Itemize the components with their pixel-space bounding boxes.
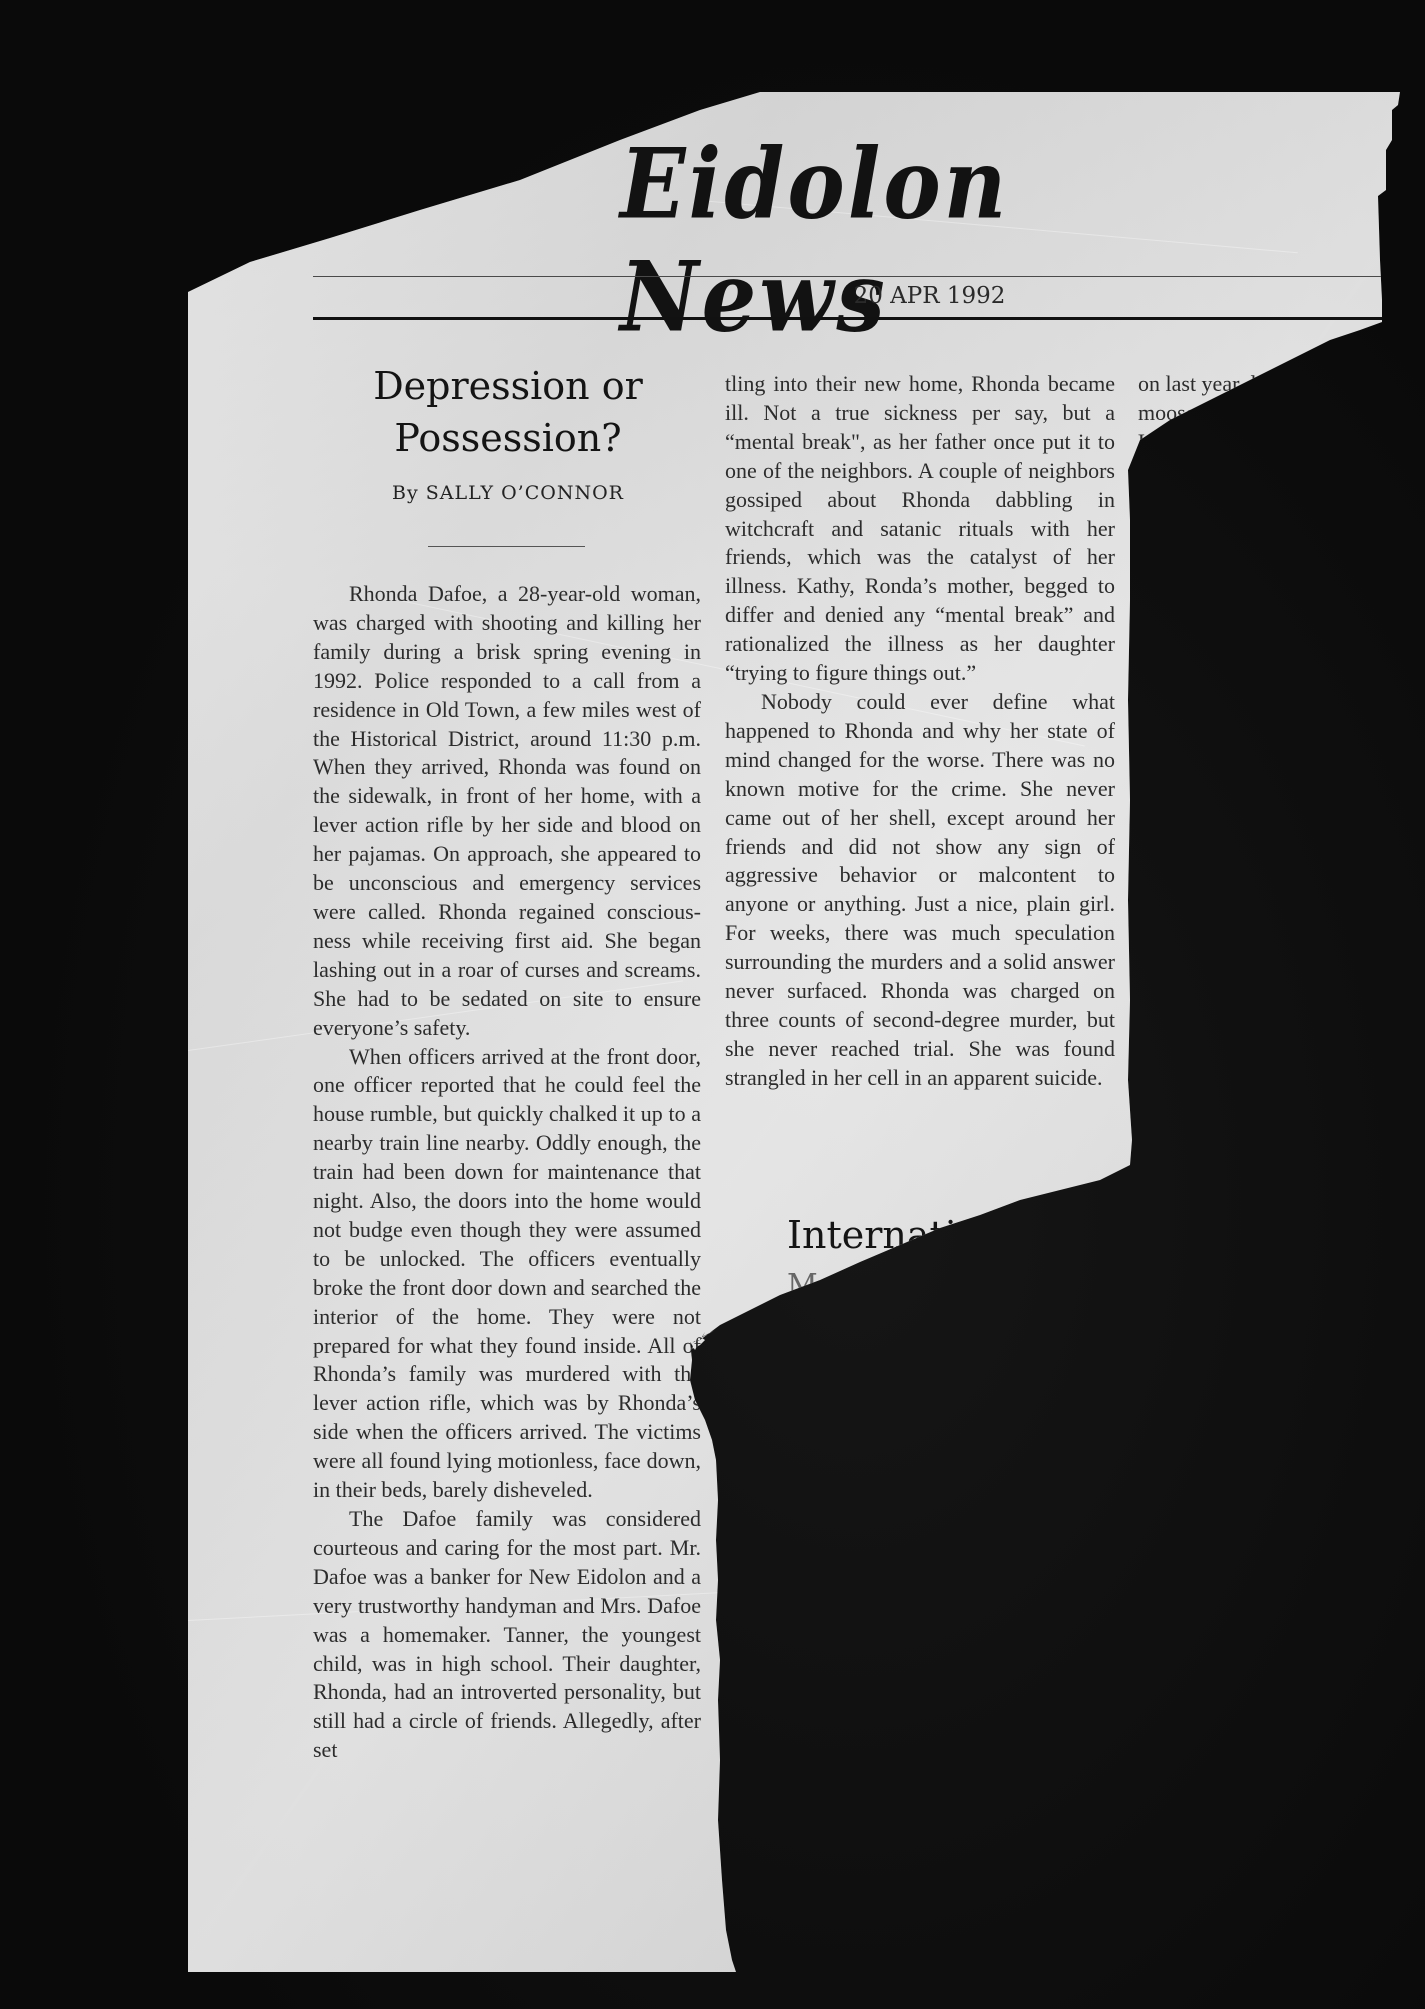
paragraph: Nobody could ever define what happened t… [725, 688, 1115, 1093]
paragraph: tling into their new home, Rhonda became… [725, 370, 1115, 688]
masthead-rule-bottom [313, 317, 1383, 320]
article-headline: Depression or Possession? [313, 360, 703, 464]
article-column-1: Rhonda Dafoe, a 28-year-old woman, was c… [313, 580, 701, 1765]
headline-line-1: Depression or [313, 360, 703, 412]
masthead-title: Eidolon News [620, 128, 1220, 354]
byline-divider [428, 546, 585, 547]
paragraph: Rhonda Dafoe, a 28-year-old woman, was c… [313, 580, 701, 1043]
issue-date: 20 APR 1992 [313, 283, 1425, 309]
article-column-2: tling into their new home, Rhonda became… [725, 370, 1115, 1093]
paragraph: When officers arrived at the front door,… [313, 1043, 701, 1506]
masthead-rule-top [313, 276, 1383, 277]
paragraph: The Dafoe family was considered courteou… [313, 1505, 701, 1765]
article-byline: By SALLY O’CONNOR [313, 482, 703, 504]
headline-line-2: Possession? [313, 412, 703, 464]
